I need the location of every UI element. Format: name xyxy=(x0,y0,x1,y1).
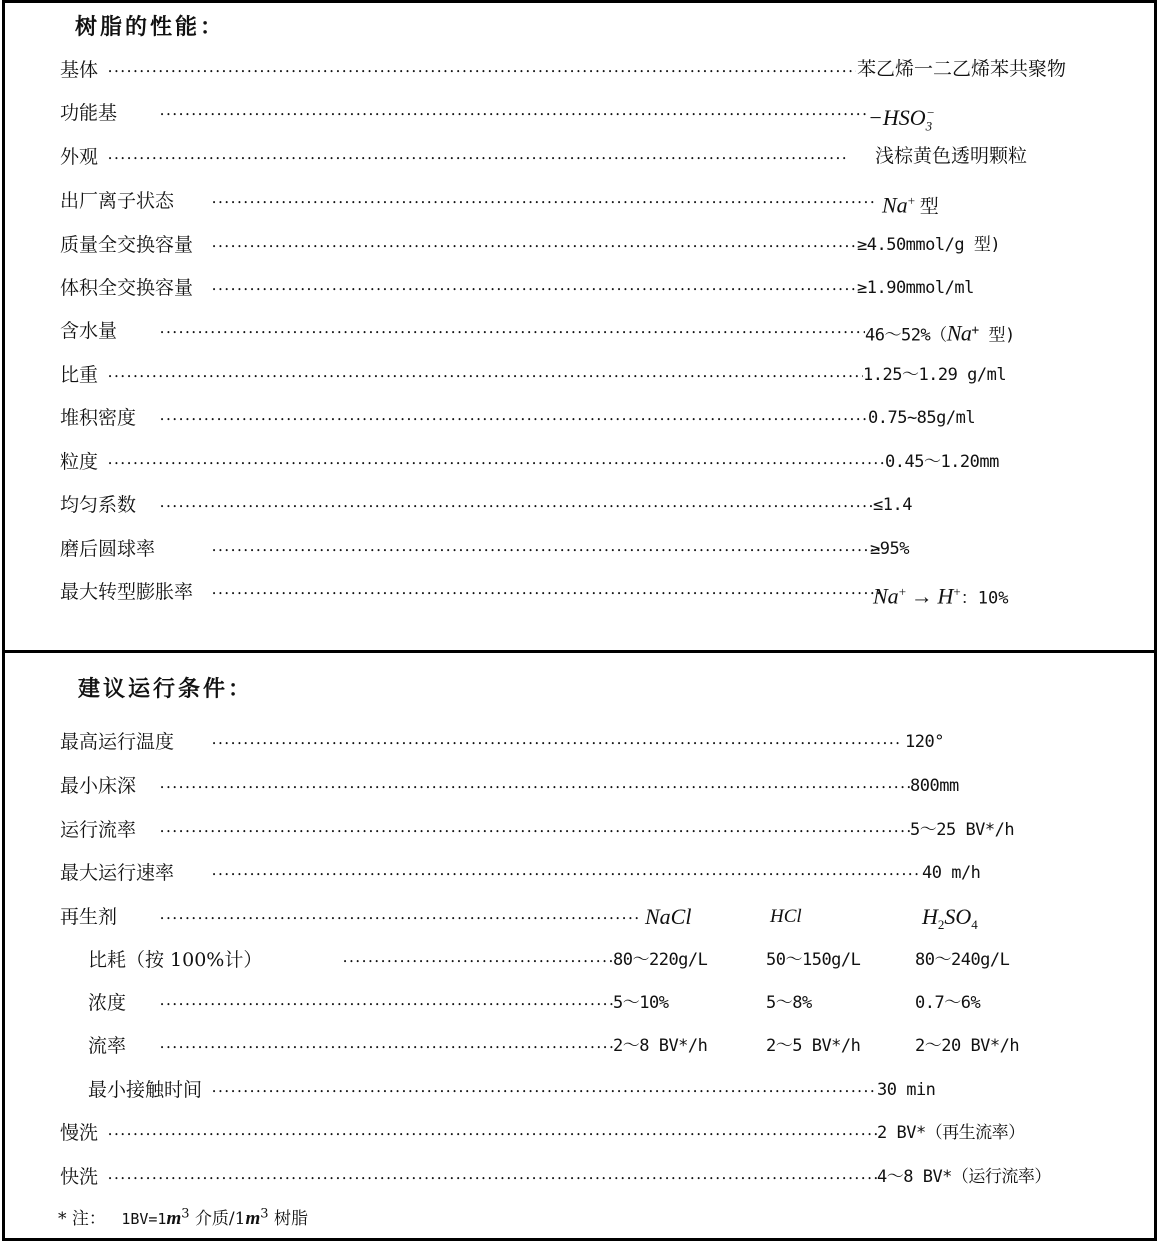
spec-label: 均匀系数 xyxy=(60,490,136,520)
leader-dots xyxy=(108,142,848,174)
spec-label: 功能基 xyxy=(60,98,117,128)
spec-value: 0.45～1.20mm xyxy=(885,447,999,477)
condition-label: 最大运行速率 xyxy=(60,858,174,888)
spec-value: 苯乙烯一二乙烯苯共聚物 xyxy=(857,55,1066,85)
spec-value: 0.75~85g/ml xyxy=(868,403,975,433)
leader-dots xyxy=(160,490,872,522)
leader-dots xyxy=(160,815,910,847)
spec-label: 堆积密度 xyxy=(60,403,136,433)
regenerant-sub-label: 流率 xyxy=(88,1031,126,1061)
operating-title: 建议运行条件： xyxy=(78,672,253,703)
footnote-exp: 3 xyxy=(181,1206,189,1221)
leader-dots xyxy=(212,577,880,609)
leader-dots xyxy=(108,1162,878,1194)
spec-label: 比重 xyxy=(60,360,98,390)
leader-dots xyxy=(212,1075,877,1107)
regenerant-label: 再生剂 xyxy=(60,902,117,932)
leader-dots xyxy=(160,1031,613,1063)
spec-label: 含水量 xyxy=(60,316,117,346)
spec-value: 46～52%（Na+ 型) xyxy=(865,316,1015,351)
leader-dots xyxy=(108,55,856,87)
spec-value: ≥95% xyxy=(870,534,909,564)
spec-label: 质量全交换容量 xyxy=(60,230,193,260)
leader-dots xyxy=(160,403,868,435)
leader-dots xyxy=(160,902,640,934)
spec-value: Na+ → H+：10% xyxy=(873,577,1008,613)
value-hcl: 2～5 BV*/h xyxy=(766,1031,860,1061)
spec-value: ≤1.4 xyxy=(873,490,912,520)
leader-dots xyxy=(160,316,865,348)
condition-label: 运行流率 xyxy=(60,815,136,845)
value-nacl: 80～220g/L xyxy=(613,945,707,975)
footnote-prefix: * 注： xyxy=(58,1209,106,1229)
leader-dots xyxy=(212,858,922,890)
spec-label: 体积全交换容量 xyxy=(60,273,193,303)
spec-label: 粒度 xyxy=(60,447,98,477)
leader-dots xyxy=(108,360,863,392)
performance-title: 树脂的性能： xyxy=(75,10,225,41)
value-h2so4: 0.7～6% xyxy=(915,988,980,1018)
condition-value: 4～8 BV*（运行流率） xyxy=(877,1162,1051,1192)
leader-dots xyxy=(212,534,880,566)
footnote-text: 树脂 xyxy=(274,1209,308,1229)
value-h2so4: 80～240g/L xyxy=(915,945,1009,975)
leader-dots xyxy=(160,771,910,803)
spec-value: 1.25～1.29 g/ml xyxy=(863,360,1006,390)
condition-value: 800mm xyxy=(910,771,959,801)
leader-dots xyxy=(108,1118,878,1150)
footnote: * 注： 1BV=1m3 介质/1m3 树脂 xyxy=(58,1204,308,1230)
leader-dots xyxy=(212,186,874,218)
footnote-exp: 3 xyxy=(260,1206,268,1221)
value-nacl: 5～10% xyxy=(613,988,668,1018)
condition-label: 快洗 xyxy=(60,1162,98,1192)
condition-value: 5～25 BV*/h xyxy=(910,815,1014,845)
spec-value: −HSO3− xyxy=(868,98,935,142)
value-hcl: 5～8% xyxy=(766,988,812,1018)
min-contact-label: 最小接触时间 xyxy=(88,1075,202,1105)
regenerant-sub-label: 比耗（按 100%计） xyxy=(88,945,262,975)
leader-dots xyxy=(212,273,857,305)
min-contact-value: 30 min xyxy=(877,1075,935,1105)
value-hcl: 50～150g/L xyxy=(766,945,860,975)
footnote-unit: m xyxy=(166,1208,181,1229)
condition-value: 40 m/h xyxy=(922,858,980,888)
spec-label: 外观 xyxy=(60,142,98,172)
footnote-unit: m xyxy=(245,1208,260,1229)
spec-label: 最大转型膨胀率 xyxy=(60,577,193,607)
spec-label: 磨后圆球率 xyxy=(60,534,155,564)
spec-value: 浅棕黄色透明颗粒 xyxy=(875,142,1027,172)
spec-value: ≥4.50mmol/g 型) xyxy=(857,230,1000,260)
regenerant-h2so4: H2SO4 xyxy=(922,902,978,940)
condition-label: 最高运行温度 xyxy=(60,727,174,757)
leader-dots xyxy=(212,727,902,759)
leader-dots xyxy=(212,230,857,262)
condition-label: 慢洗 xyxy=(60,1118,98,1148)
spec-label: 基体 xyxy=(60,55,98,85)
condition-value: 2 BV*（再生流率） xyxy=(877,1118,1025,1148)
leader-dots xyxy=(108,447,885,479)
footnote-text: 介质/1 xyxy=(195,1209,246,1229)
condition-value: 120° xyxy=(905,727,944,757)
regenerant-hcl: HCl xyxy=(770,902,802,932)
regenerant-sub-label: 浓度 xyxy=(88,988,126,1018)
value-nacl: 2～8 BV*/h xyxy=(613,1031,707,1061)
leader-dots xyxy=(160,98,866,130)
spec-label: 出厂离子状态 xyxy=(60,186,174,216)
value-h2so4: 2～20 BV*/h xyxy=(915,1031,1019,1061)
spec-value: ≥1.90mmol/ml xyxy=(857,273,974,303)
footnote-text: 1BV=1 xyxy=(121,1210,166,1228)
regenerant-nacl: NaCl xyxy=(645,902,691,932)
spec-value: Na+ 型 xyxy=(882,186,939,222)
condition-label: 最小床深 xyxy=(60,771,136,801)
leader-dots xyxy=(160,988,613,1020)
leader-dots xyxy=(343,945,615,977)
